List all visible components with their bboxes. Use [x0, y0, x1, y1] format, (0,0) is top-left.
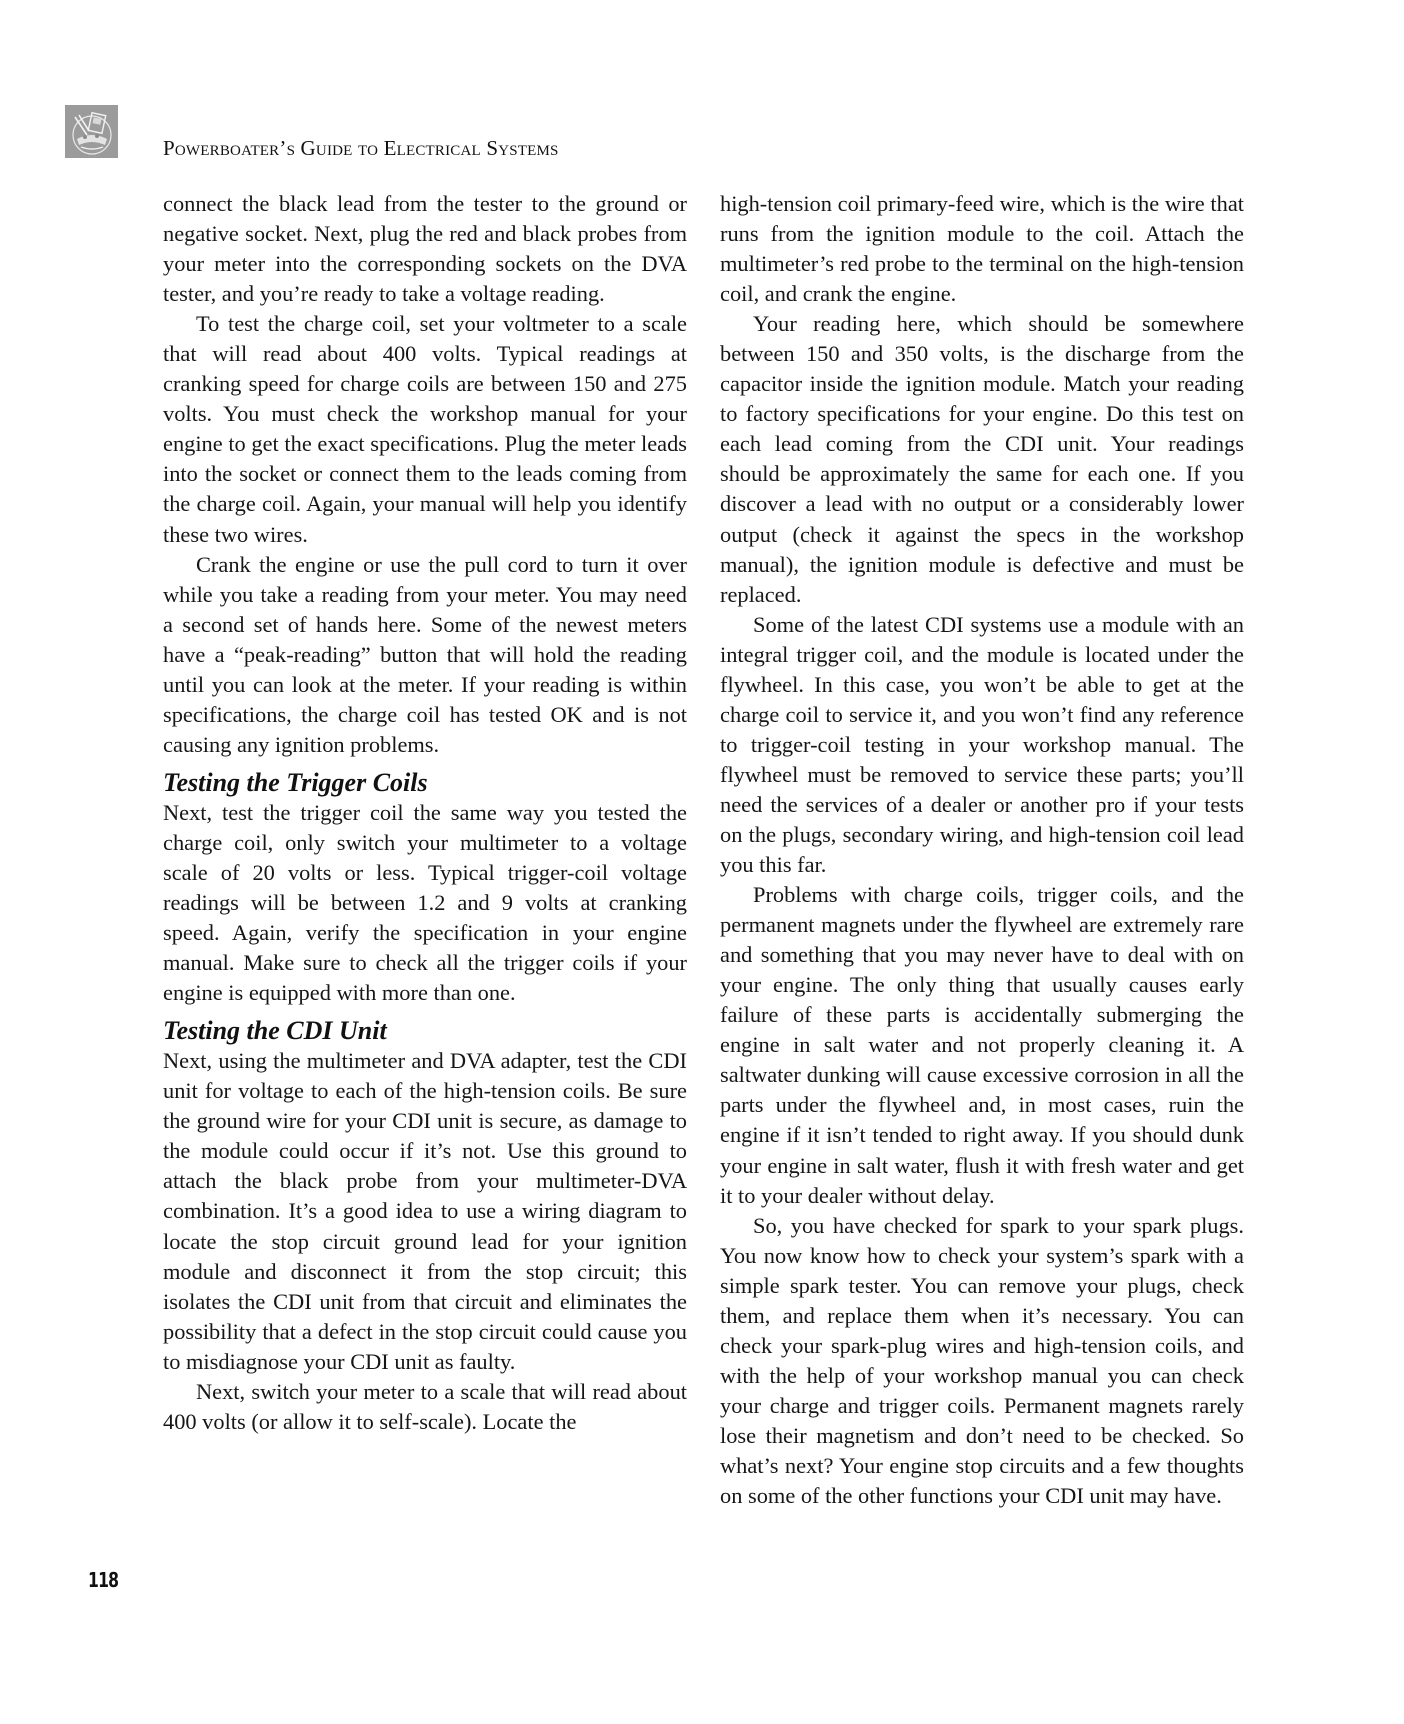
section-heading-cdi-unit: Testing the CDI Unit	[163, 1016, 687, 1046]
boat-electrical-tools-emblem-icon	[65, 105, 118, 158]
paragraph: So, you have checked for spark to your s…	[720, 1211, 1244, 1511]
paragraph: Next, using the multimeter and DVA adapt…	[163, 1046, 687, 1377]
paragraph: To test the charge coil, set your voltme…	[163, 309, 687, 549]
left-column: connect the black lead from the tester t…	[163, 189, 687, 1437]
paragraph: Some of the latest CDI systems use a mod…	[720, 610, 1244, 880]
right-column: high-tension coil primary-feed wire, whi…	[720, 189, 1244, 1511]
paragraph: connect the black lead from the tester t…	[163, 189, 687, 309]
paragraph: Crank the engine or use the pull cord to…	[163, 550, 687, 760]
running-head-title: Powerboater’s Guide to Electrical System…	[163, 136, 559, 161]
page-number: 118	[88, 1568, 118, 1592]
paragraph: Problems with charge coils, trigger coil…	[720, 880, 1244, 1211]
paragraph: high-tension coil primary-feed wire, whi…	[720, 189, 1244, 309]
paragraph: Your reading here, which should be somew…	[720, 309, 1244, 609]
section-heading-trigger-coils: Testing the Trigger Coils	[163, 768, 687, 798]
paragraph: Next, test the trigger coil the same way…	[163, 798, 687, 1008]
book-page: Powerboater’s Guide to Electrical System…	[0, 0, 1404, 1724]
paragraph: Next, switch your meter to a scale that …	[163, 1377, 687, 1437]
